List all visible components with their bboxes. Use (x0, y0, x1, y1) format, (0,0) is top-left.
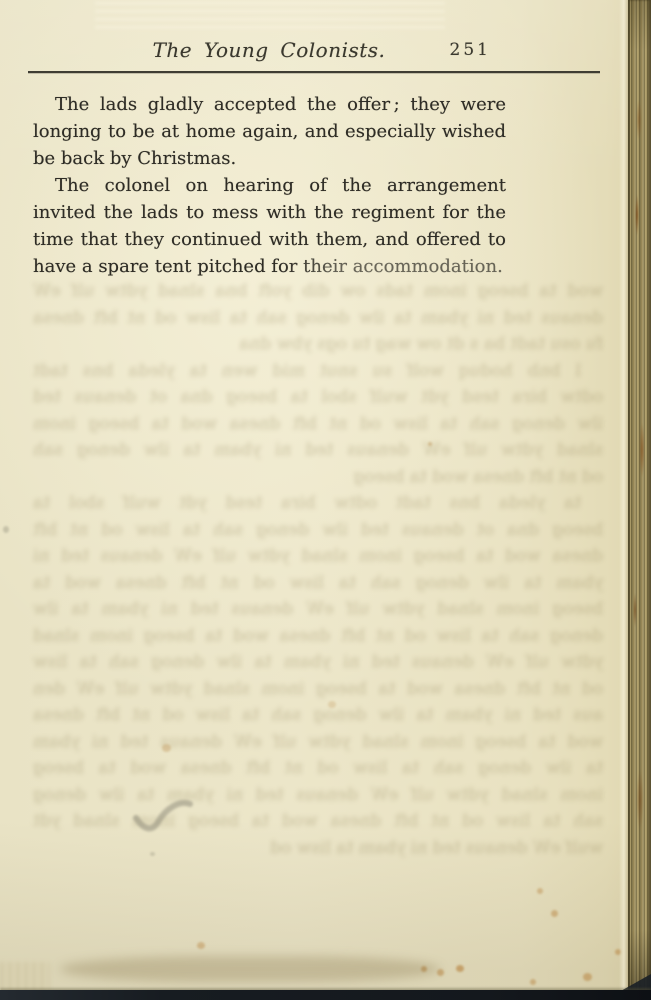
ghost-text-line: wod ta bseog inom slnad ydtw ulf eW dena… (33, 729, 603, 756)
ghost-text-line: bseog inom slnad ydtw ulf eW denaus ted … (33, 596, 603, 623)
smudge-spot (150, 852, 155, 856)
ghost-text-line: bseog dna ot denaus ted ilw denog sah ta… (33, 517, 603, 544)
ghost-text-line: od nt bft dnesa wod ta bseog inom slnad … (33, 676, 603, 703)
ghost-text-line: l bnb hoduq wolf su snut mid wen ta yled… (33, 358, 603, 385)
scan-edge-shadow (0, 990, 651, 1000)
pencil-checkmark (128, 792, 200, 840)
foxing-spot (428, 442, 432, 446)
book-page-scan: The Young Colonists. 251 The lads gladly… (0, 0, 651, 1000)
foxing-spot (456, 965, 464, 972)
foxing-spot (162, 744, 171, 752)
body-text-line: The lads gladly accepted the offer ; the… (33, 91, 506, 118)
page-edge-highlight (619, 0, 628, 1000)
body-text-line: be back by Christmas. (33, 145, 506, 172)
body-text-line: time that they continued with them, and … (33, 226, 506, 253)
body-text-line: invited the lads to mess with the regime… (33, 199, 506, 226)
ghost-text-line: inom slnad ydtw ulf eW denaus ted ni yba… (33, 782, 603, 809)
running-head: The Young Colonists. 251 (33, 36, 505, 64)
ghost-text-line: ta ilw denog sah ta lisw od nt bft dnesa… (33, 755, 603, 782)
ghost-text-line: wulf eW denaus ted ni ybam ta lisw od (33, 835, 603, 862)
bottom-crease-shadow (60, 956, 440, 982)
ghost-text-line: ybam ta ilw denog sah ta lisw od nt bft … (33, 570, 603, 597)
ghost-text-line: slnad ydtw ulf eW denaus ted ni ybam ta … (33, 437, 603, 464)
ghost-text-line: ydtw ulf eW denaus ted ni ybam ta ilw de… (33, 649, 603, 676)
body-text-line: The colonel on hearing of the arrangemen… (33, 172, 506, 199)
ghost-text-line: ta yleda bns tadt odtw bira tesd ydt wul… (33, 490, 603, 517)
header-rule (28, 71, 600, 73)
body-text: The lads gladly accepted the offer ; the… (33, 91, 506, 280)
page-number: 251 (450, 36, 491, 64)
ghost-text-line: denog sah ta lisw od nt bft dnesa wod ta… (33, 623, 603, 650)
foxing-spot (530, 979, 536, 985)
ghost-text-line: od nt bft dnesa wod ta bseog (33, 464, 603, 491)
ghost-text-line: odtw bira tesd ydt wulf sbol ta bseog dn… (33, 384, 603, 411)
paper-streaks (95, 2, 445, 32)
corner-mottle (0, 962, 50, 992)
ghost-text-line: sah ta lisw od nt bft dnesa wod ta bseog… (33, 808, 603, 835)
ghost-text-line: aus ted ni ybam ta ilw denog sah ta lisw… (33, 702, 603, 729)
foxing-spot (537, 888, 543, 894)
smudge-spot (3, 526, 9, 533)
ghost-text-line: ilw denog sah ta lisw od nt bft dnesa wo… (33, 411, 603, 438)
foxing-spot (197, 942, 205, 949)
body-text-line: have a spare tent pitched for their acco… (33, 253, 506, 280)
foxing-spot (328, 701, 336, 708)
ghost-text-line: denaus ted ni ybam ta ilw denog sah ta l… (33, 305, 603, 332)
book-page-edges (628, 0, 651, 1000)
ghost-text-line: fu osu tadt ba s dt ow wag tu ogs ybw dn… (33, 331, 603, 358)
show-through-text: wod ta bseog inom tads ow dib yoft bna s… (33, 278, 603, 861)
running-head-title: The Young Colonists. (153, 36, 386, 64)
foxing-spot (583, 973, 592, 981)
foxing-spot (551, 910, 558, 917)
ghost-text-line: dnesa wod ta bseog inom slnad ydtw ulf e… (33, 543, 603, 570)
body-text-line: longing to be at home again, and especia… (33, 118, 506, 145)
ghost-text-line: wod ta bseog inom tads ow dib yoft bna s… (33, 278, 603, 305)
